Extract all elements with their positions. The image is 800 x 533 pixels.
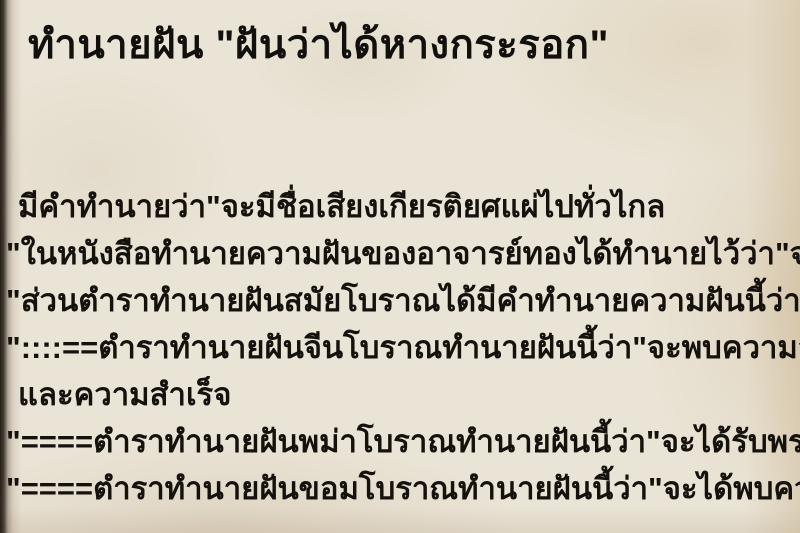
body-line-7: "====ตำราทำนายฝันขอมโบราณทำนายฝันนี้ว่า"…: [6, 465, 800, 512]
body-line-3: "ส่วนตำราทำนายฝันสมัยโบราณได้มีคำทำนายคว…: [6, 277, 800, 324]
aged-paper-page: ทำนายฝัน "ฝันว่าได้หางกระรอก" มีคำทำนายว…: [0, 0, 800, 533]
body-line-4: "::::==ตำราทำนายฝันจีนโบราณทำนายฝันนี้ว่…: [6, 324, 800, 371]
body-text: มีคำทำนายว่า"จะมีชื่อเสียงเกียรติยศแผ่ไป…: [6, 183, 800, 512]
body-line-1: มีคำทำนายว่า"จะมีชื่อเสียงเกียรติยศแผ่ไป…: [6, 183, 800, 230]
body-line-5: และความสำเร็จ: [6, 371, 800, 418]
body-line-6: "====ตำราทำนายฝันพม่าโบราณทำนายฝันนี้ว่า…: [6, 418, 800, 465]
body-line-2: "ในหนังสือทำนายความฝันของอาจารย์ทองได้ทำ…: [6, 230, 800, 277]
page-title: ทำนายฝัน "ฝันว่าได้หางกระรอก": [28, 12, 609, 76]
